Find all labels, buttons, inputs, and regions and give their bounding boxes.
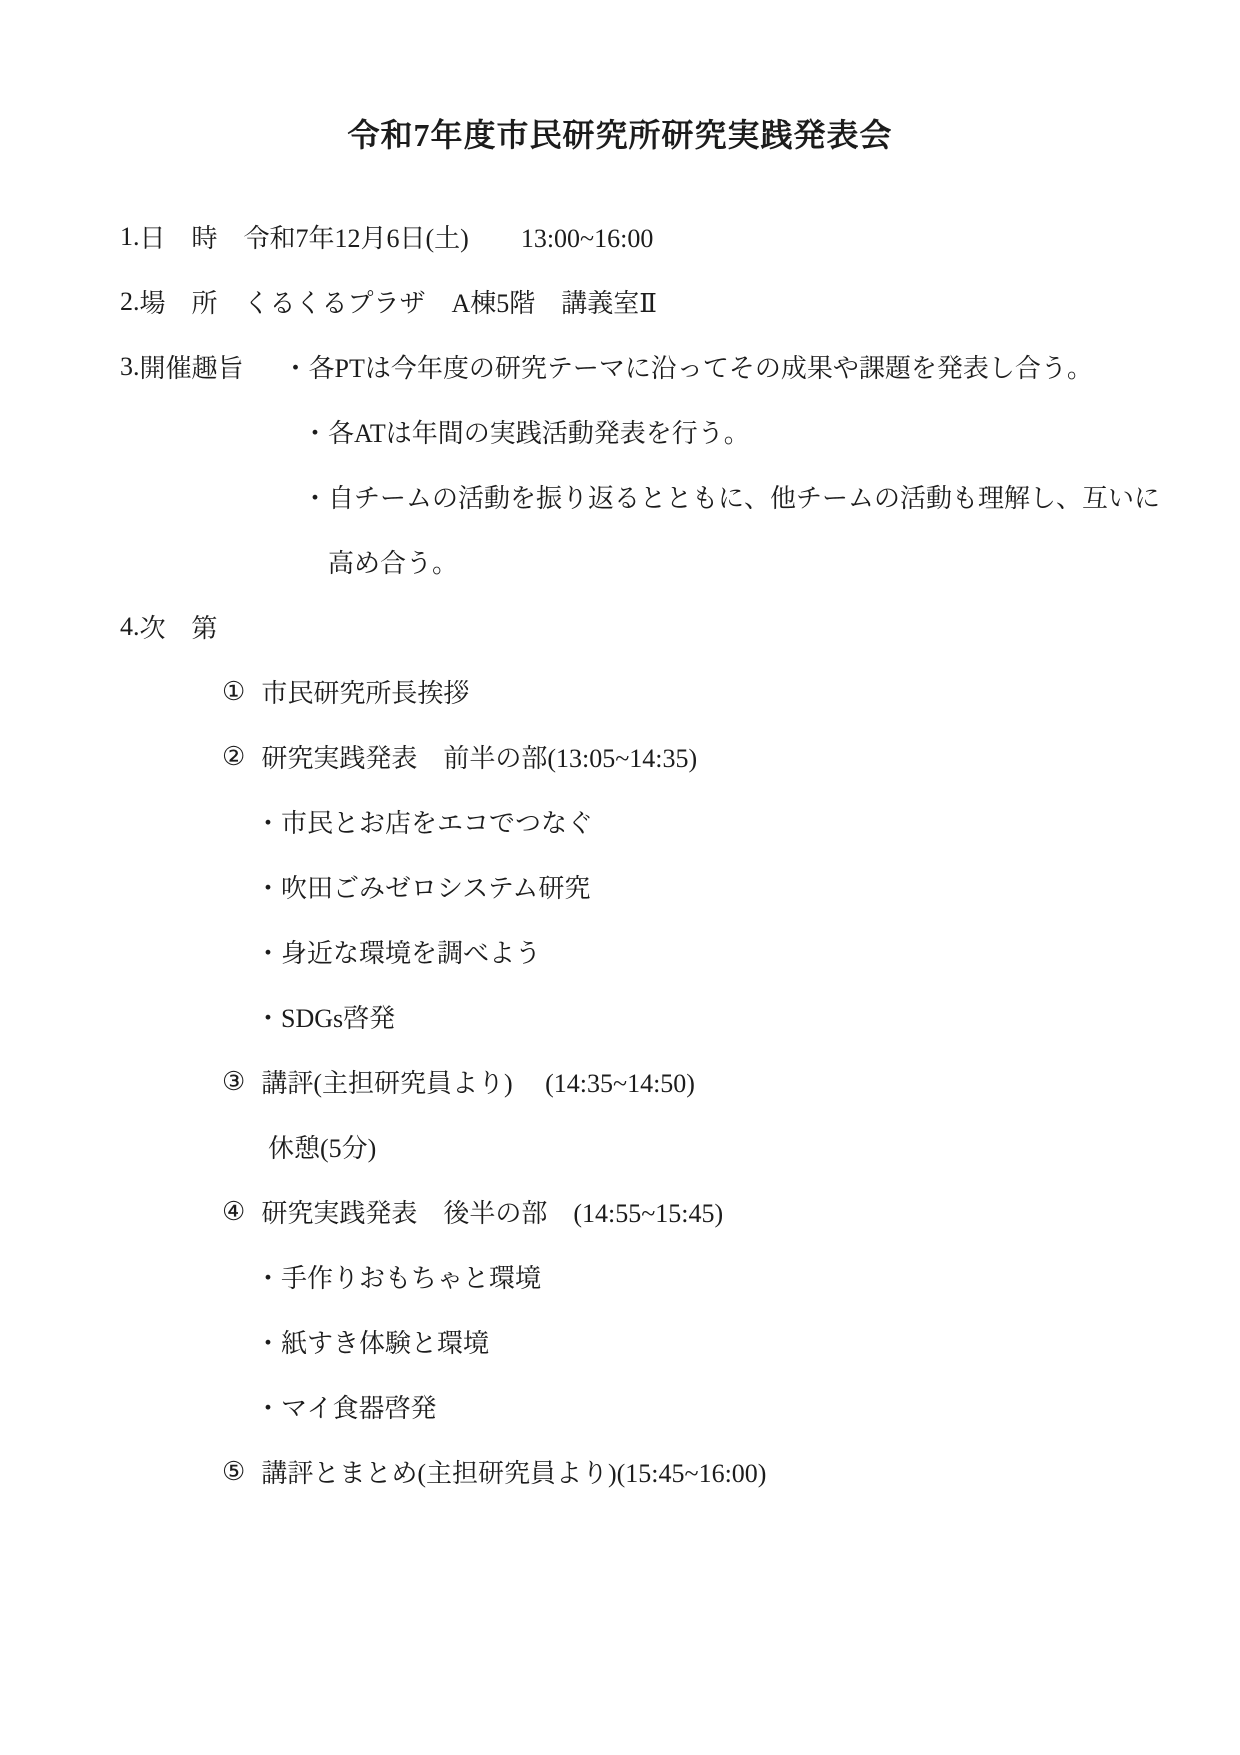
agenda-subitem: ・SDGs啓発 xyxy=(0,984,1240,1049)
item-purpose-number: 3. xyxy=(120,352,140,382)
agenda-subitem-text: ・SDGs啓発 xyxy=(255,998,395,1035)
agenda-subitem-text: ・吹田ごみゼロシステム研究 xyxy=(255,868,590,905)
item-datetime-number: 1. xyxy=(120,222,140,252)
agenda-text-1: 市民研究所長挨拶 xyxy=(261,673,469,710)
item-place-label: 場 所 xyxy=(140,283,218,320)
item-datetime-value: 令和7年12月6日(土) 13:00~16:00 xyxy=(244,218,654,255)
agenda-marker-3: ③ xyxy=(222,1067,245,1097)
agenda-subitem-text: ・手作りおもちゃと環境 xyxy=(255,1258,541,1295)
purpose-bullet-3: ・自チームの活動を振り返るとともに、他チームの活動も理解し、互いに xyxy=(0,464,1240,529)
agenda-subitem: ・身近な環境を調べよう xyxy=(0,919,1240,984)
item-datetime: 1.日 時令和7年12月6日(土) 13:00~16:00 xyxy=(0,204,1240,269)
item-agenda-label: 次 第 xyxy=(140,608,218,645)
agenda-marker-1: ① xyxy=(222,677,245,707)
agenda-text-5: 講評とまとめ(主担研究員より)(15:45~16:00) xyxy=(261,1453,766,1490)
agenda-subitem: ・市民とお店をエコでつなぐ xyxy=(0,789,1240,854)
agenda-text-4: 研究実践発表 後半の部 (14:55~15:45) xyxy=(261,1193,723,1230)
agenda-subitem: ・紙すき体験と環境 xyxy=(0,1309,1240,1374)
document-title: 令和7年度市民研究所研究実践発表会 xyxy=(0,110,1240,156)
document-page: 令和7年度市民研究所研究実践発表会 1.日 時令和7年12月6日(土) 13:0… xyxy=(0,0,1240,1755)
agenda-break-text: 休憩(5分) xyxy=(268,1128,376,1165)
agenda-subitem-text: ・市民とお店をエコでつなぐ xyxy=(255,803,593,840)
item-purpose: 3.開催趣旨・各PTは今年度の研究テーマに沿ってその成果や課題を発表し合う。 xyxy=(0,334,1240,399)
agenda-subitem: ・手作りおもちゃと環境 xyxy=(0,1244,1240,1309)
agenda-text-2: 研究実践発表 前半の部(13:05~14:35) xyxy=(261,738,697,775)
purpose-bullet-3-text: ・自チームの活動を振り返るとともに、他チームの活動も理解し、互いに xyxy=(302,478,1160,515)
item-place: 2.場 所くるくるプラザ A棟5階 講義室Ⅱ xyxy=(0,269,1240,334)
agenda-subitem-text: ・身近な環境を調べよう xyxy=(255,933,541,970)
agenda-entry-2: ②研究実践発表 前半の部(13:05~14:35) xyxy=(0,724,1240,789)
agenda-marker-5: ⑤ xyxy=(222,1457,245,1487)
document-body: 1.日 時令和7年12月6日(土) 13:00~16:00 2.場 所くるくるプ… xyxy=(0,204,1240,1504)
item-place-number: 2. xyxy=(120,287,140,317)
agenda-subitem-text: ・紙すき体験と環境 xyxy=(255,1323,489,1360)
purpose-bullet-2-text: ・各ATは年間の実践活動発表を行う。 xyxy=(302,413,750,450)
purpose-bullet-3-continuation: 高め合う。 xyxy=(0,529,1240,594)
item-purpose-label: 開催趣旨 xyxy=(140,348,244,385)
agenda-subitem: ・マイ食器啓発 xyxy=(0,1374,1240,1439)
agenda-text-3: 講評(主担研究員より) (14:35~14:50) xyxy=(261,1063,695,1100)
agenda-subitem-text: ・マイ食器啓発 xyxy=(255,1388,436,1425)
purpose-bullet-3-continuation-text: 高め合う。 xyxy=(328,543,458,580)
agenda-entry-5: ⑤講評とまとめ(主担研究員より)(15:45~16:00) xyxy=(0,1439,1240,1504)
item-agenda-heading: 4.次 第 xyxy=(0,594,1240,659)
agenda-entry-4: ④研究実践発表 後半の部 (14:55~15:45) xyxy=(0,1179,1240,1244)
purpose-bullet-1: ・各PTは今年度の研究テーマに沿ってその成果や課題を発表し合う。 xyxy=(283,348,1093,385)
agenda-marker-4: ④ xyxy=(222,1197,245,1227)
item-place-value: くるくるプラザ A棟5階 講義室Ⅱ xyxy=(244,283,657,320)
purpose-bullet-2: ・各ATは年間の実践活動発表を行う。 xyxy=(0,399,1240,464)
agenda-break: 休憩(5分) xyxy=(0,1114,1240,1179)
agenda-entry-1: ①市民研究所長挨拶 xyxy=(0,659,1240,724)
item-datetime-label: 日 時 xyxy=(140,218,218,255)
agenda-subitem: ・吹田ごみゼロシステム研究 xyxy=(0,854,1240,919)
agenda-marker-2: ② xyxy=(222,742,245,772)
item-agenda-number: 4. xyxy=(120,612,140,642)
agenda-entry-3: ③講評(主担研究員より) (14:35~14:50) xyxy=(0,1049,1240,1114)
